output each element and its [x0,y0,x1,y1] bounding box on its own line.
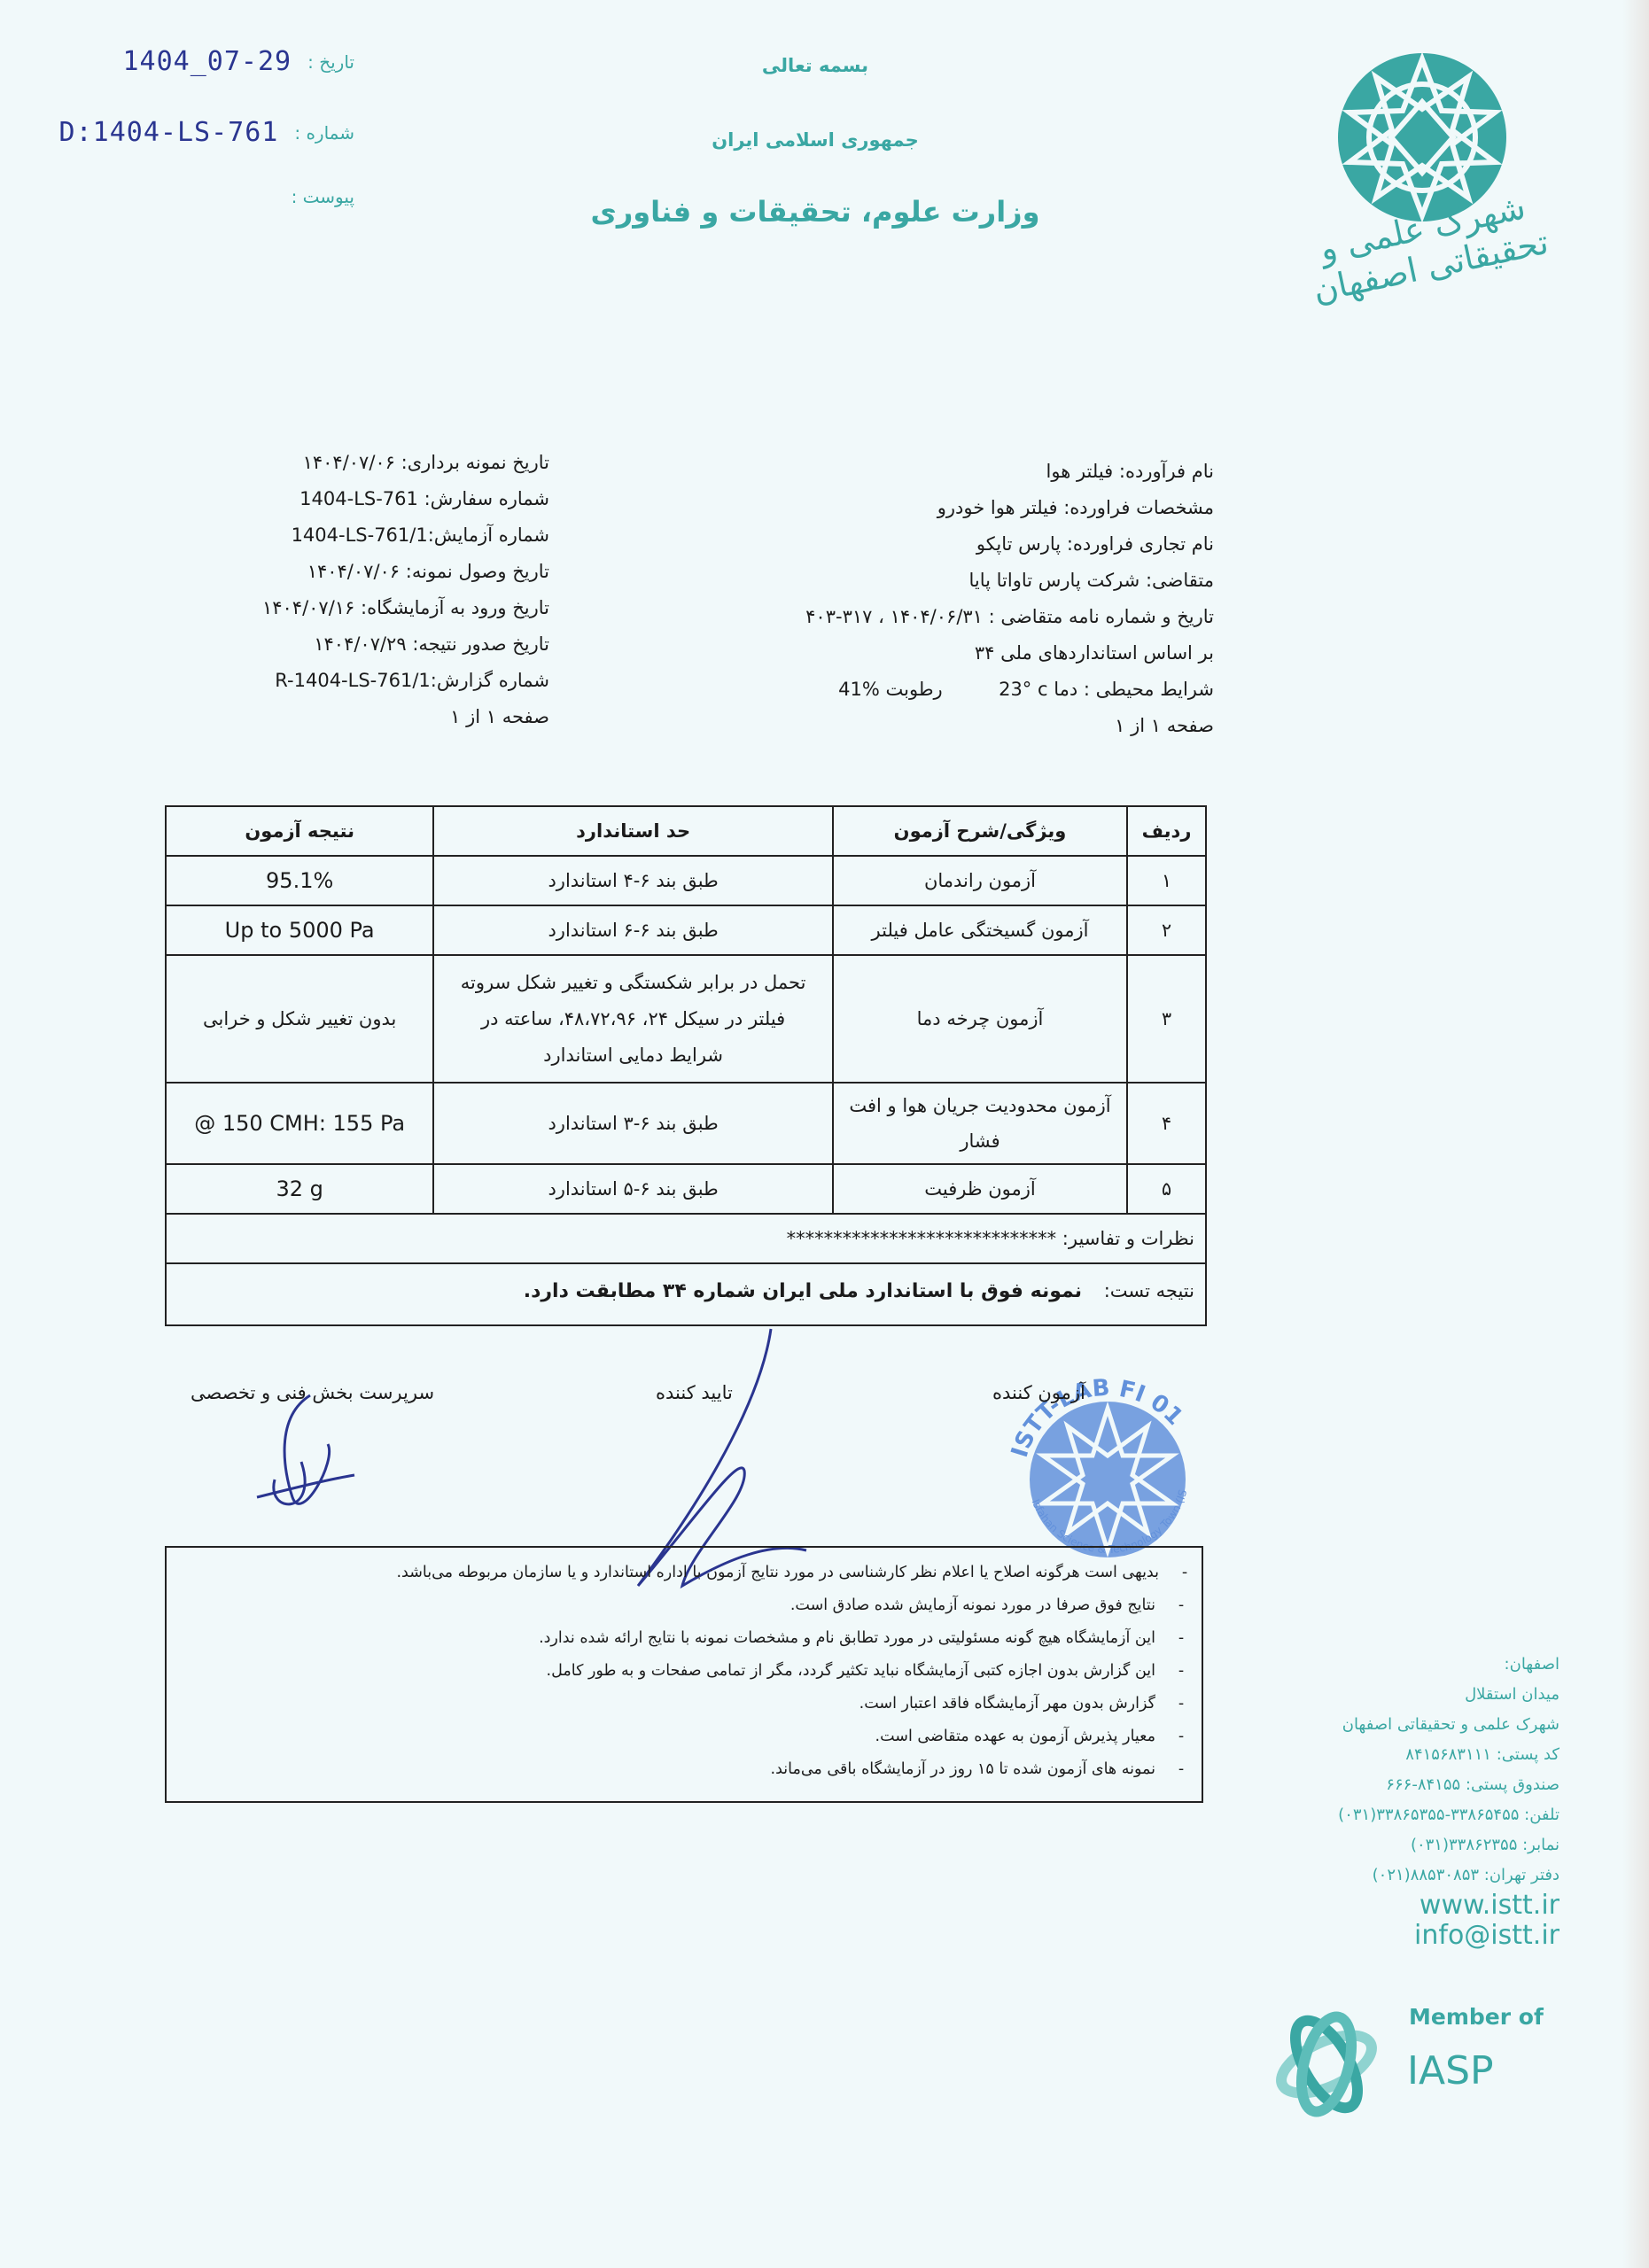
info-report-number: شماره گزارش:R-1404-LS-761/1 [213,663,549,699]
info-test-number: شماره آزمایش:1404-LS-761/1 [213,517,549,554]
supervisor-signature-icon [239,1391,372,1524]
info-sampling-date: تاریخ نمونه برداری: ۱۴۰۴/۰۷/۰۶ [213,445,549,481]
number-label: شماره : [294,122,354,144]
info-applicant: متقاضی: شرکت پارس تاواتا پایا [549,563,1214,599]
final-result-row: نتیجه تست: نمونه فوق با استاندارد ملی ای… [166,1263,1206,1325]
result-capacity: 32 g [166,1164,433,1214]
contact-email-link[interactable]: info@istt.ir [1258,1921,1560,1951]
attachment-row: پیوست : [292,186,354,207]
disclaimer-item: -گزارش بدون مهر آزمایشگاه فاقد اعتبار اس… [167,1688,1187,1720]
table-row: ۱ آزمون راندمان طبق بند ۶-۴ استاندارد 95… [166,856,1206,905]
disclaimer-item: -این گزارش بدون اجازه کتبی آزمایشگاه نبا… [167,1655,1187,1688]
result-airflow: @ 150 CMH: 155 Pa [166,1083,433,1164]
contact-po-box: صندوق پستی: ۸۴۱۵۵-۶۶۶ [1258,1770,1560,1800]
humidity-value: 41% [838,679,880,700]
handwritten-number: D:1404-LS-761 [59,117,279,148]
test-results-table: ردیف ویژگی/شرح آزمون حد استاندارد نتیجه … [165,805,1207,1326]
info-environment: شرایط محیطی : دما 23° c رطوبت 41% [549,672,1214,708]
info-result-date: تاریخ صدور نتیجه: ۱۴۰۴/۰۷/۲۹ [213,626,549,663]
contact-city: اصفهان: [1258,1650,1560,1680]
temperature-value: 23° c [999,679,1047,700]
handwritten-date: 1404_07-29 [122,46,292,77]
contact-tehran-office: دفتر تهران: ۸۸۵۳۰۸۵۳(۰۲۱) [1258,1860,1560,1891]
table-row: ۴ آزمون محدودیت جریان هوا و افت فشار طبق… [166,1083,1206,1164]
disclaimer-item: -معیار پذیرش آزمون به عهده متقاضی است. [167,1720,1187,1753]
report-info-left: تاریخ نمونه برداری: ۱۴۰۴/۰۷/۰۶ شماره سفا… [213,445,549,735]
table-row: ۵ آزمون ظرفیت طبق بند ۶-۵ استاندارد 32 g [166,1164,1206,1214]
final-result-label: نتیجه تست: [1104,1280,1194,1301]
disclaimer-box: -بدیهی است هرگونه اصلاح یا اعلام نظر کار… [165,1546,1203,1803]
result-burst: Up to 5000 Pa [166,905,433,955]
contact-info: اصفهان: میدان استقلال شهرک علمی و تحقیقا… [1258,1650,1560,1951]
contact-square: میدان استقلال [1258,1680,1560,1710]
header-test-description: ویژگی/شرح آزمون [833,806,1127,856]
info-page-right: صفحه ۱ از ۱ [549,708,1214,744]
number-row: D:1404-LS-761 شماره : [59,117,354,148]
table-header-row: ردیف ویژگی/شرح آزمون حد استاندارد نتیجه … [166,806,1206,856]
date-label: تاریخ : [307,51,354,73]
header-row-number: ردیف [1127,806,1206,856]
info-order-number: شماره سفارش: 1404-LS-761 [213,481,549,517]
disclaimer-list: -بدیهی است هرگونه اصلاح یا اعلام نظر کار… [167,1548,1202,1786]
iasp-member-label: Member of [1409,2004,1544,2030]
disclaimer-item: -نتایج فوق صرفا در مورد نمونه آزمایش شده… [167,1589,1187,1622]
info-lab-entry-date: تاریخ ورود به آزمایشگاه: ۱۴۰۴/۰۷/۱۶ [213,590,549,626]
disclaimer-item: -نمونه های آزمون شده تا ۱۵ روز در آزمایش… [167,1753,1187,1786]
result-temp-cycle: بدون تغییر شکل و خرابی [166,955,433,1083]
ministry-title: وزارت علوم، تحقیقات و فناوری [496,195,1134,229]
final-result-value: نمونه فوق با استاندارد ملی ایران شماره ۳… [524,1280,1082,1302]
info-applicant-letter: تاریخ و شماره نامه متقاضی : ۱۴۰۴/۰۶/۳۱ ،… [549,599,1214,635]
contact-org: شهرک علمی و تحقیقاتی اصفهان [1258,1710,1560,1740]
scan-edge-shadow [1622,0,1649,2268]
contact-phone: تلفن: ۳۳۸۶۵۴۵۵-۳۳۸۶۵۳۵۵(۰۳۱) [1258,1800,1560,1830]
info-product-spec: مشخصات فراورده: فیلتر هوا خودرو [549,490,1214,526]
report-info-right: نام فرآورده: فیلتر هوا مشخصات فراورده: ف… [549,454,1214,744]
tester-signature-label: آزمون کننده [992,1382,1085,1403]
notes-value: ***************************** [787,1228,1057,1249]
date-row: 1404_07-29 تاریخ : [122,46,354,77]
table-row: ۳ آزمون چرخه دما تحمل در برابر شکستگی و … [166,955,1206,1083]
notes-label: نظرات و تفاسیر: [1062,1228,1194,1249]
disclaimer-item: -این آزمایشگاه هیچ گونه مسئولیتی در مورد… [167,1622,1187,1655]
table-row: ۲ آزمون گسیختگی عامل فیلتر طبق بند ۶-۶ ا… [166,905,1206,955]
info-product-name: نام فرآورده: فیلتر هوا [549,454,1214,490]
info-standard-basis: بر اساس استانداردهای ملی ۳۴ [549,635,1214,672]
info-brand-name: نام تجاری فراورده: پارس تاپکو [549,526,1214,563]
contact-postal-code: کد پستی: ۸۴۱۵۶۸۳۱۱۱ [1258,1740,1560,1770]
disclaimer-item: -بدیهی است هرگونه اصلاح یا اعلام نظر کار… [167,1557,1191,1589]
iasp-logo-icon [1269,2007,1384,2122]
iasp-name: IASP [1407,2048,1494,2093]
info-receipt-date: تاریخ وصول نمونه: ۱۴۰۴/۰۷/۰۶ [213,554,549,590]
header-test-result: نتیجه آزمون [166,806,433,856]
bismillah: بسمه تعالی [496,55,1134,76]
humidity-label: رطوبت [886,679,943,700]
republic-title: جمهوری اسلامی ایران [496,129,1134,151]
attachment-label: پیوست : [292,186,354,207]
result-efficiency: 95.1% [166,856,433,905]
contact-website-link[interactable]: www.istt.ir [1258,1891,1560,1921]
contact-fax: نمابر: ۳۳۸۶۲۳۵۵(۰۳۱) [1258,1830,1560,1860]
letter-meta: 1404_07-29 تاریخ : D:1404-LS-761 شماره :… [18,46,354,223]
notes-row: نظرات و تفاسیر: ************************… [166,1214,1206,1263]
info-page-left: صفحه ۱ از ۱ [213,699,549,735]
header-standard-limit: حد استاندارد [433,806,833,856]
